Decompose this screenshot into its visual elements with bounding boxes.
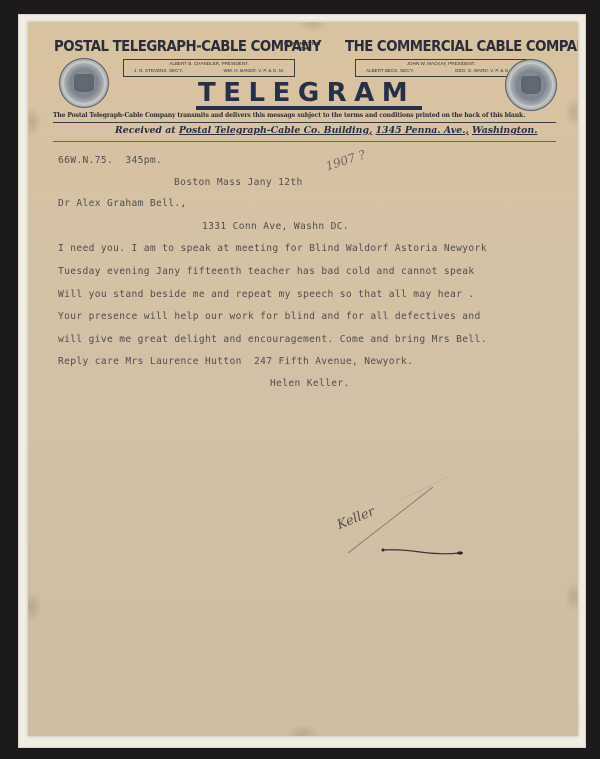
connection-label: IN CONNECTION WITH (284, 41, 320, 51)
received-place: Postal Telegraph-Cable Co. Building, (179, 125, 372, 136)
telegram-document: POSTAL TELEGRAPH-CABLE COMPANY IN CONNEC… (28, 22, 578, 736)
message-address: 1331 Conn Ave, Washn DC. (202, 221, 349, 232)
left-secretary: J. O. STEVENS, Sec'y. (134, 67, 183, 74)
pencil-date-note: 1907 ? (324, 147, 367, 173)
right-president: JOHN W. MACKAY, President. (356, 60, 526, 67)
postal-telegraph-seal-icon (59, 58, 109, 108)
received-rule (53, 141, 556, 142)
left-president: ALBERT B. CHANDLER, President. (124, 60, 294, 67)
left-officers-box: ALBERT B. CHANDLER, President. J. O. STE… (123, 59, 295, 77)
left-company-name: POSTAL TELEGRAPH-CABLE COMPANY (54, 37, 321, 55)
right-officers-box: JOHN W. MACKAY, President. ALBERT BECK, … (355, 59, 527, 77)
message-body-line: Reply care Mrs Laurence Hutton 247 Fifth… (58, 356, 413, 367)
message-body-line: Will you stand beside me and repeat my s… (58, 289, 475, 300)
received-at-line: Received at Postal Telegraph-Cable Co. B… (115, 125, 537, 136)
right-company-name: THE COMMERCIAL CABLE COMPANY. (345, 37, 578, 55)
commercial-cable-seal-icon (505, 59, 557, 111)
message-body-line: I need you. I am to speak at meeting for… (58, 243, 487, 254)
title-underline (196, 106, 422, 110)
right-secretary: ALBERT BECK, Sec'y. (366, 67, 414, 74)
message-body-line: will give me great delight and encourage… (58, 334, 487, 345)
received-prefix: Received at (115, 125, 176, 136)
ink-stroke-icon (380, 546, 470, 558)
terms-fine-print: The Postal Telegraph-Cable Company trans… (53, 112, 525, 119)
message-body-line: Tuesday evening Jany fifteenth teacher h… (58, 266, 475, 277)
left-vp: WM. H. BAKER, V. P. & G. M. (224, 67, 285, 74)
message-body-line: Your presence will help our work for bli… (58, 311, 481, 322)
message-reference: 66W.N.75. 345pm. (58, 155, 162, 166)
header-rule (53, 122, 556, 123)
message-recipient: Dr Alex Graham Bell., (58, 198, 187, 209)
telegram-title: TELEGRAM (198, 78, 415, 108)
received-address: 1345 Penna. Ave., (376, 125, 469, 136)
pencil-stroke-icon (338, 467, 448, 557)
message-signature: Helen Keller. (270, 378, 350, 389)
received-city: Washington. (472, 125, 537, 136)
message-origin: Boston Mass Jany 12th (174, 177, 303, 188)
